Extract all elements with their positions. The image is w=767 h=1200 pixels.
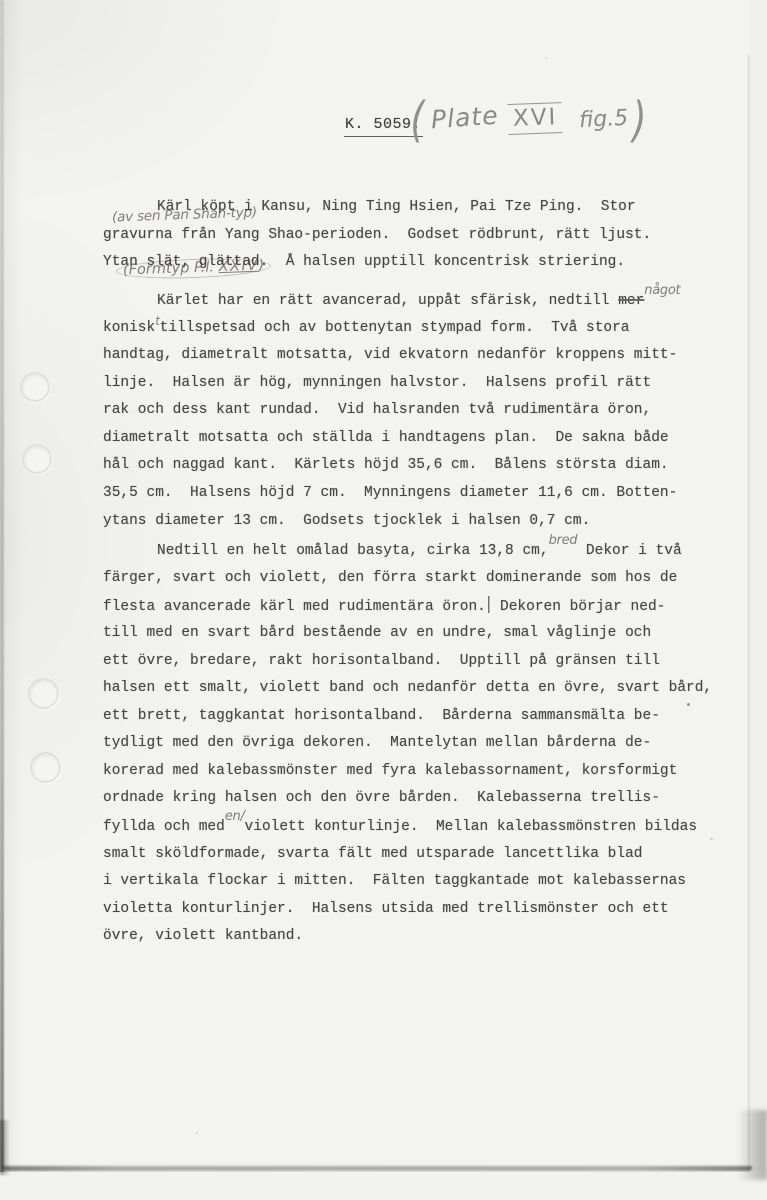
- scan-artifact: [196, 1132, 198, 1134]
- scan-artifact: [545, 57, 547, 59]
- paragraph: Nedtill en helt omålad basyta, cirka 13,…: [103, 537, 743, 951]
- handwritten-insertion: t: [155, 314, 159, 328]
- typed-line: ett övre, bredare, rakt horisontalband. …: [103, 648, 743, 676]
- scan-right-area: [750, 0, 767, 1200]
- scanned-catalog-page: K. 5059. ( Plate XVI fig.5 ) (av sen Pan…: [0, 0, 767, 1200]
- scan-bottom-area: [0, 1172, 767, 1200]
- handwritten-insertion: en/: [225, 809, 245, 824]
- paper-bottom-edge: [2, 1166, 752, 1171]
- typed-line: smalt sköldformade, svarta fält med utsp…: [103, 841, 743, 869]
- typed-line: linje. Halsen är hög, mynningen halvstor…: [103, 370, 743, 398]
- typed-line: Nedtill en helt omålad basyta, cirka 13,…: [103, 537, 743, 565]
- typed-line: färger, svart och violett, den förra sta…: [103, 565, 743, 593]
- handwritten-insertion: bred: [549, 533, 578, 548]
- typed-line: övre, violett kantband.: [103, 923, 743, 951]
- typed-line: halsen ett smalt, violett band och nedan…: [103, 675, 743, 703]
- typed-line: gravurna från Yang Shao-perioden. Godset…: [103, 222, 743, 250]
- handwritten-plate-note: ( Plate XVI fig.5 ): [408, 88, 648, 152]
- paragraph: Kärl köpt i Kansu, Ning Ting Hsien, Pai …: [103, 194, 743, 277]
- typed-line: violetta konturlinjer. Halsens utsida me…: [103, 896, 743, 924]
- typed-line: handtag, diametralt motsatta, vid ekvato…: [103, 342, 743, 370]
- typed-line: hål och naggad kant. Kärlets höjd 35,6 c…: [103, 452, 743, 480]
- typed-line: fyllda och meden/violett konturlinje. Me…: [103, 813, 743, 841]
- handwritten-insertion: något: [644, 283, 680, 298]
- punch-hole: [30, 752, 61, 783]
- typed-line: Kärl köpt i Kansu, Ning Ting Hsien, Pai …: [103, 194, 743, 222]
- scan-corner-shadow: [0, 1120, 10, 1175]
- paragraph: Kärlet har en rätt avancerad, uppåt sfär…: [103, 287, 743, 535]
- close-paren: ): [632, 96, 646, 144]
- typed-line: till med en svart bård bestående av en u…: [103, 620, 743, 648]
- figure-reference: fig.5: [578, 105, 628, 133]
- plate-roman-numeral: XVI: [508, 102, 563, 135]
- open-paren: (: [410, 96, 424, 144]
- scan-corner-shadow: [737, 1110, 767, 1180]
- scan-artifact: [687, 703, 690, 706]
- punch-hole: [22, 444, 52, 474]
- typed-line: rak och dess kant rundad. Vid halsranden…: [103, 397, 743, 425]
- plate-word: Plate: [430, 100, 499, 134]
- typed-line: ordnade kring halsen och den övre bården…: [103, 785, 743, 813]
- handwritten-insertion: |: [486, 594, 491, 614]
- typed-line: korerad med kalebassmönster med fyra kal…: [103, 758, 743, 786]
- scan-artifact: [710, 838, 713, 840]
- scan-left-edge: [0, 0, 4, 1200]
- typed-line: 35,5 cm. Halsens höjd 7 cm. Mynningens d…: [103, 480, 743, 508]
- punch-hole: [28, 678, 59, 709]
- struck-word: mer: [618, 293, 644, 309]
- typed-line: Ytan slät, glättad. Å halsen upptill kon…: [103, 249, 743, 277]
- typed-line: ytans diameter 13 cm. Godsets tjocklek i…: [103, 508, 743, 536]
- typed-line: flesta avancerade kärl med rudimentära ö…: [103, 592, 743, 620]
- typed-text-block: Kärl köpt i Kansu, Ning Ting Hsien, Pai …: [103, 194, 743, 951]
- typed-line: diametralt motsatta och ställda i handta…: [103, 425, 743, 453]
- typed-line: koniskttillspetsad och av bottenytan sty…: [103, 314, 743, 342]
- punch-hole: [20, 372, 50, 402]
- typed-line: tydligt med den övriga dekoren. Mantelyt…: [103, 730, 743, 758]
- typed-line: i vertikala flockar i mitten. Fälten tag…: [103, 868, 743, 896]
- typed-line: Kärlet har en rätt avancerad, uppåt sfär…: [103, 287, 743, 315]
- typed-line: ett brett, taggkantat horisontalband. Bå…: [103, 703, 743, 731]
